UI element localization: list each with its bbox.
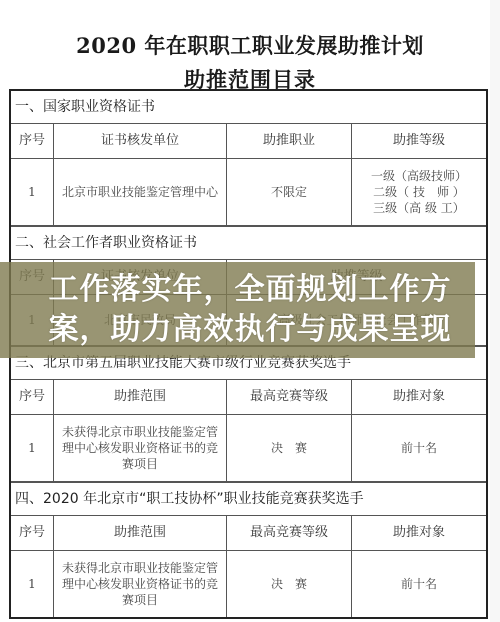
level-item: 三级（高 级 工） [373,200,465,216]
column-header: 最高竞赛等级 [227,380,352,414]
column-header: 证书核发单位 [54,124,227,158]
target-cell: 前十名 [352,551,486,617]
competition-level-cell: 决 赛 [227,415,352,481]
occupation-cell: 不限定 [227,159,352,225]
table-row: 1 北京市职业技能鉴定管理中心 不限定 一级（高级技师） 二级（ 技 师 ） 三… [11,159,486,226]
column-header: 序号 [11,124,54,158]
competition-level-cell: 决 赛 [227,551,352,617]
levels-cell: 一级（高级技师） 二级（ 技 师 ） 三级（高 级 工） [352,159,486,225]
table-header-row: 序号 证书核发单位 助推职业 助推等级 [11,124,486,159]
row-index: 1 [11,159,54,225]
column-header: 助推对象 [352,380,486,414]
table-header-row: 序号 助推范围 最高竞赛等级 助推对象 [11,380,486,415]
section-heading-2: 二、社会工作者职业资格证书 [11,226,486,260]
scope-cell: 未获得北京市职业技能鉴定管理中心核发职业资格证书的竞赛项目 [54,415,227,481]
caption-overlay-text: 工作落实年，全面规划工作方 案，助力高效执行与成果呈现 [0,270,500,350]
column-header: 助推范围 [54,516,227,550]
row-index: 1 [11,415,54,481]
document-title: 2020 年在职职工职业发展助推计划 [0,30,500,60]
column-header: 序号 [11,516,54,550]
table-row: 1 未获得北京市职业技能鉴定管理中心核发职业资格证书的竞赛项目 决 赛 前十名 [11,551,486,617]
column-header: 助推范围 [54,380,227,414]
section-heading-1: 一、国家职业资格证书 [11,91,486,124]
table-header-row: 序号 助推范围 最高竞赛等级 助推对象 [11,516,486,551]
column-header: 序号 [11,380,54,414]
target-cell: 前十名 [352,415,486,481]
caption-line-1: 工作落实年，全面规划工作方 [0,270,500,310]
column-header: 最高竞赛等级 [227,516,352,550]
level-item: 二级（ 技 师 ） [373,184,465,200]
scope-cell: 未获得北京市职业技能鉴定管理中心核发职业资格证书的竞赛项目 [54,551,227,617]
issuer-cell: 北京市职业技能鉴定管理中心 [54,159,227,225]
row-index: 1 [11,551,54,617]
column-header: 助推对象 [352,516,486,550]
caption-line-2: 案，助力高效执行与成果呈现 [0,310,500,350]
table-row: 1 未获得北京市职业技能鉴定管理中心核发职业资格证书的竞赛项目 决 赛 前十名 [11,415,486,482]
column-header: 助推职业 [227,124,352,158]
section-heading-4: 四、2020 年北京市“职工技协杯”职业技能竞赛获奖选手 [11,482,486,516]
column-header: 助推等级 [352,124,486,158]
level-item: 一级（高级技师） [371,168,467,184]
